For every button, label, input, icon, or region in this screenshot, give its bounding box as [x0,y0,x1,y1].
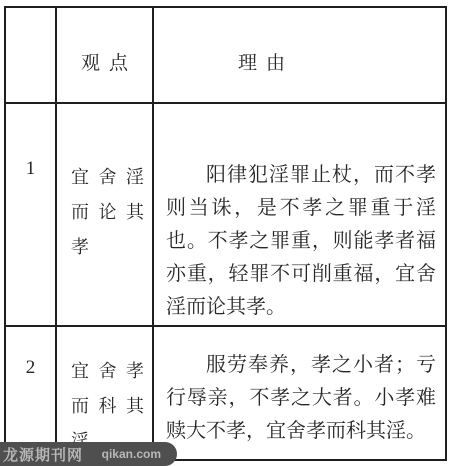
viewpoint-cell: 宜舍孝而科其淫 [56,326,153,460]
header-cell-reason: 理由 [153,7,446,103]
document-page: 观点 理由 1 宜舍淫而论其孝 阳律犯淫罪止杖，而不孝则当诛，是不孝之罪重于淫也… [0,0,450,466]
watermark-badge: 龙源期刊网 qikan.com [0,442,177,466]
column-header-reason: 理由 [238,53,294,74]
header-cell-viewpoint: 观点 [56,7,153,103]
watermark-site-domain: qikan.com [102,447,161,461]
row-index: 1 [5,103,56,326]
viewpoint-cell: 宜舍淫而论其孝 [56,103,153,326]
table-row: 2 宜舍孝而科其淫 服劳奉养，孝之小者；亏行辱亲，不孝之大者。小孝难赎大不孝，宜… [5,326,446,460]
column-header-viewpoint: 观点 [72,53,137,74]
table-header-row: 观点 理由 [5,7,446,103]
viewpoint-text: 宜舍淫而论其孝 [71,160,163,265]
header-cell-index [5,7,56,103]
viewpoint-reason-table: 观点 理由 1 宜舍淫而论其孝 阳律犯淫罪止杖，而不孝则当诛，是不孝之罪重于淫也… [4,6,447,461]
reason-cell: 服劳奉养，孝之小者；亏行辱亲，不孝之大者。小孝难赎大不孝，宜舍孝而科其淫。 [153,326,446,460]
watermark-site-name: 龙源期刊网 [3,444,83,465]
table-row: 1 宜舍淫而论其孝 阳律犯淫罪止杖，而不孝则当诛，是不孝之罪重于淫也。不孝之罪重… [5,103,446,326]
row-index: 2 [5,326,56,460]
reason-cell: 阳律犯淫罪止杖，而不孝则当诛，是不孝之罪重于淫也。不孝之罪重，则能孝者福亦重，轻… [153,103,446,326]
reason-text: 阳律犯淫罪止杖，而不孝则当诛，是不孝之罪重于淫也。不孝之罪重，则能孝者福亦重，轻… [166,159,436,324]
reason-text: 服劳奉养，孝之小者；亏行辱亲，不孝之大者。小孝难赎大不孝，宜舍孝而科其淫。 [166,349,436,448]
